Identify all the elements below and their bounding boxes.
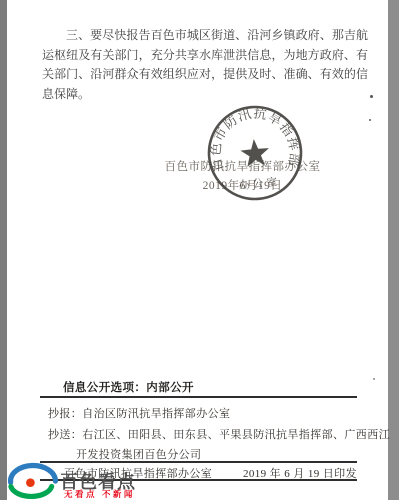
divider-middle [40,461,357,463]
copy-send-value-line1: 右江区、田阳县、田东县、平果县防汛抗旱指挥部、广西西江 [82,429,390,441]
body-paragraph: 三、要尽快报告百色市城区街道、沿河乡镇政府、那吉航运枢纽及有关部门，充分共享水库… [42,26,368,104]
copy-report-line: 抄报：自治区防汛抗旱指挥部办公室 [48,405,230,421]
scan-artifact-speck [373,378,375,380]
copy-send-line-2: 开发投资集团百色分公司 [76,446,201,462]
disclosure-option-line: 信息公开选项：内部公开 [63,379,194,395]
seal-ring-text: 百色市防汛抗旱指挥部 [205,103,304,176]
divider-top [40,396,357,398]
official-seal-stamp: 百色市防汛抗旱指挥部 办公室 [205,103,305,203]
scan-artifact-speck [369,119,371,121]
seal-bottom-text: 办公室 [238,175,281,192]
scan-edge-right [388,0,399,500]
copy-report-label: 抄报： [48,408,82,420]
svg-text:百色市防汛抗旱指挥部: 百色市防汛抗旱指挥部 [205,103,304,176]
watermark-tagline: 无看点 不新闻 [64,488,135,500]
scanned-document-page: 三、要尽快报告百色市城区街道、沿河乡镇政府、那吉航运枢纽及有关部门，充分共享水库… [0,0,399,500]
scan-artifact-speck [370,95,373,98]
seal-star-icon [240,138,271,167]
copy-report-value: 自治区防汛抗旱指挥部办公室 [82,408,230,420]
scan-edge-left [0,0,7,500]
copy-send-label: 抄送： [48,429,82,441]
baise-kandian-logo-icon [6,462,60,500]
copy-send-line: 抄送：右江区、田阳县、田东县、平果县防汛抗旱指挥部、广西西江 [48,426,390,442]
